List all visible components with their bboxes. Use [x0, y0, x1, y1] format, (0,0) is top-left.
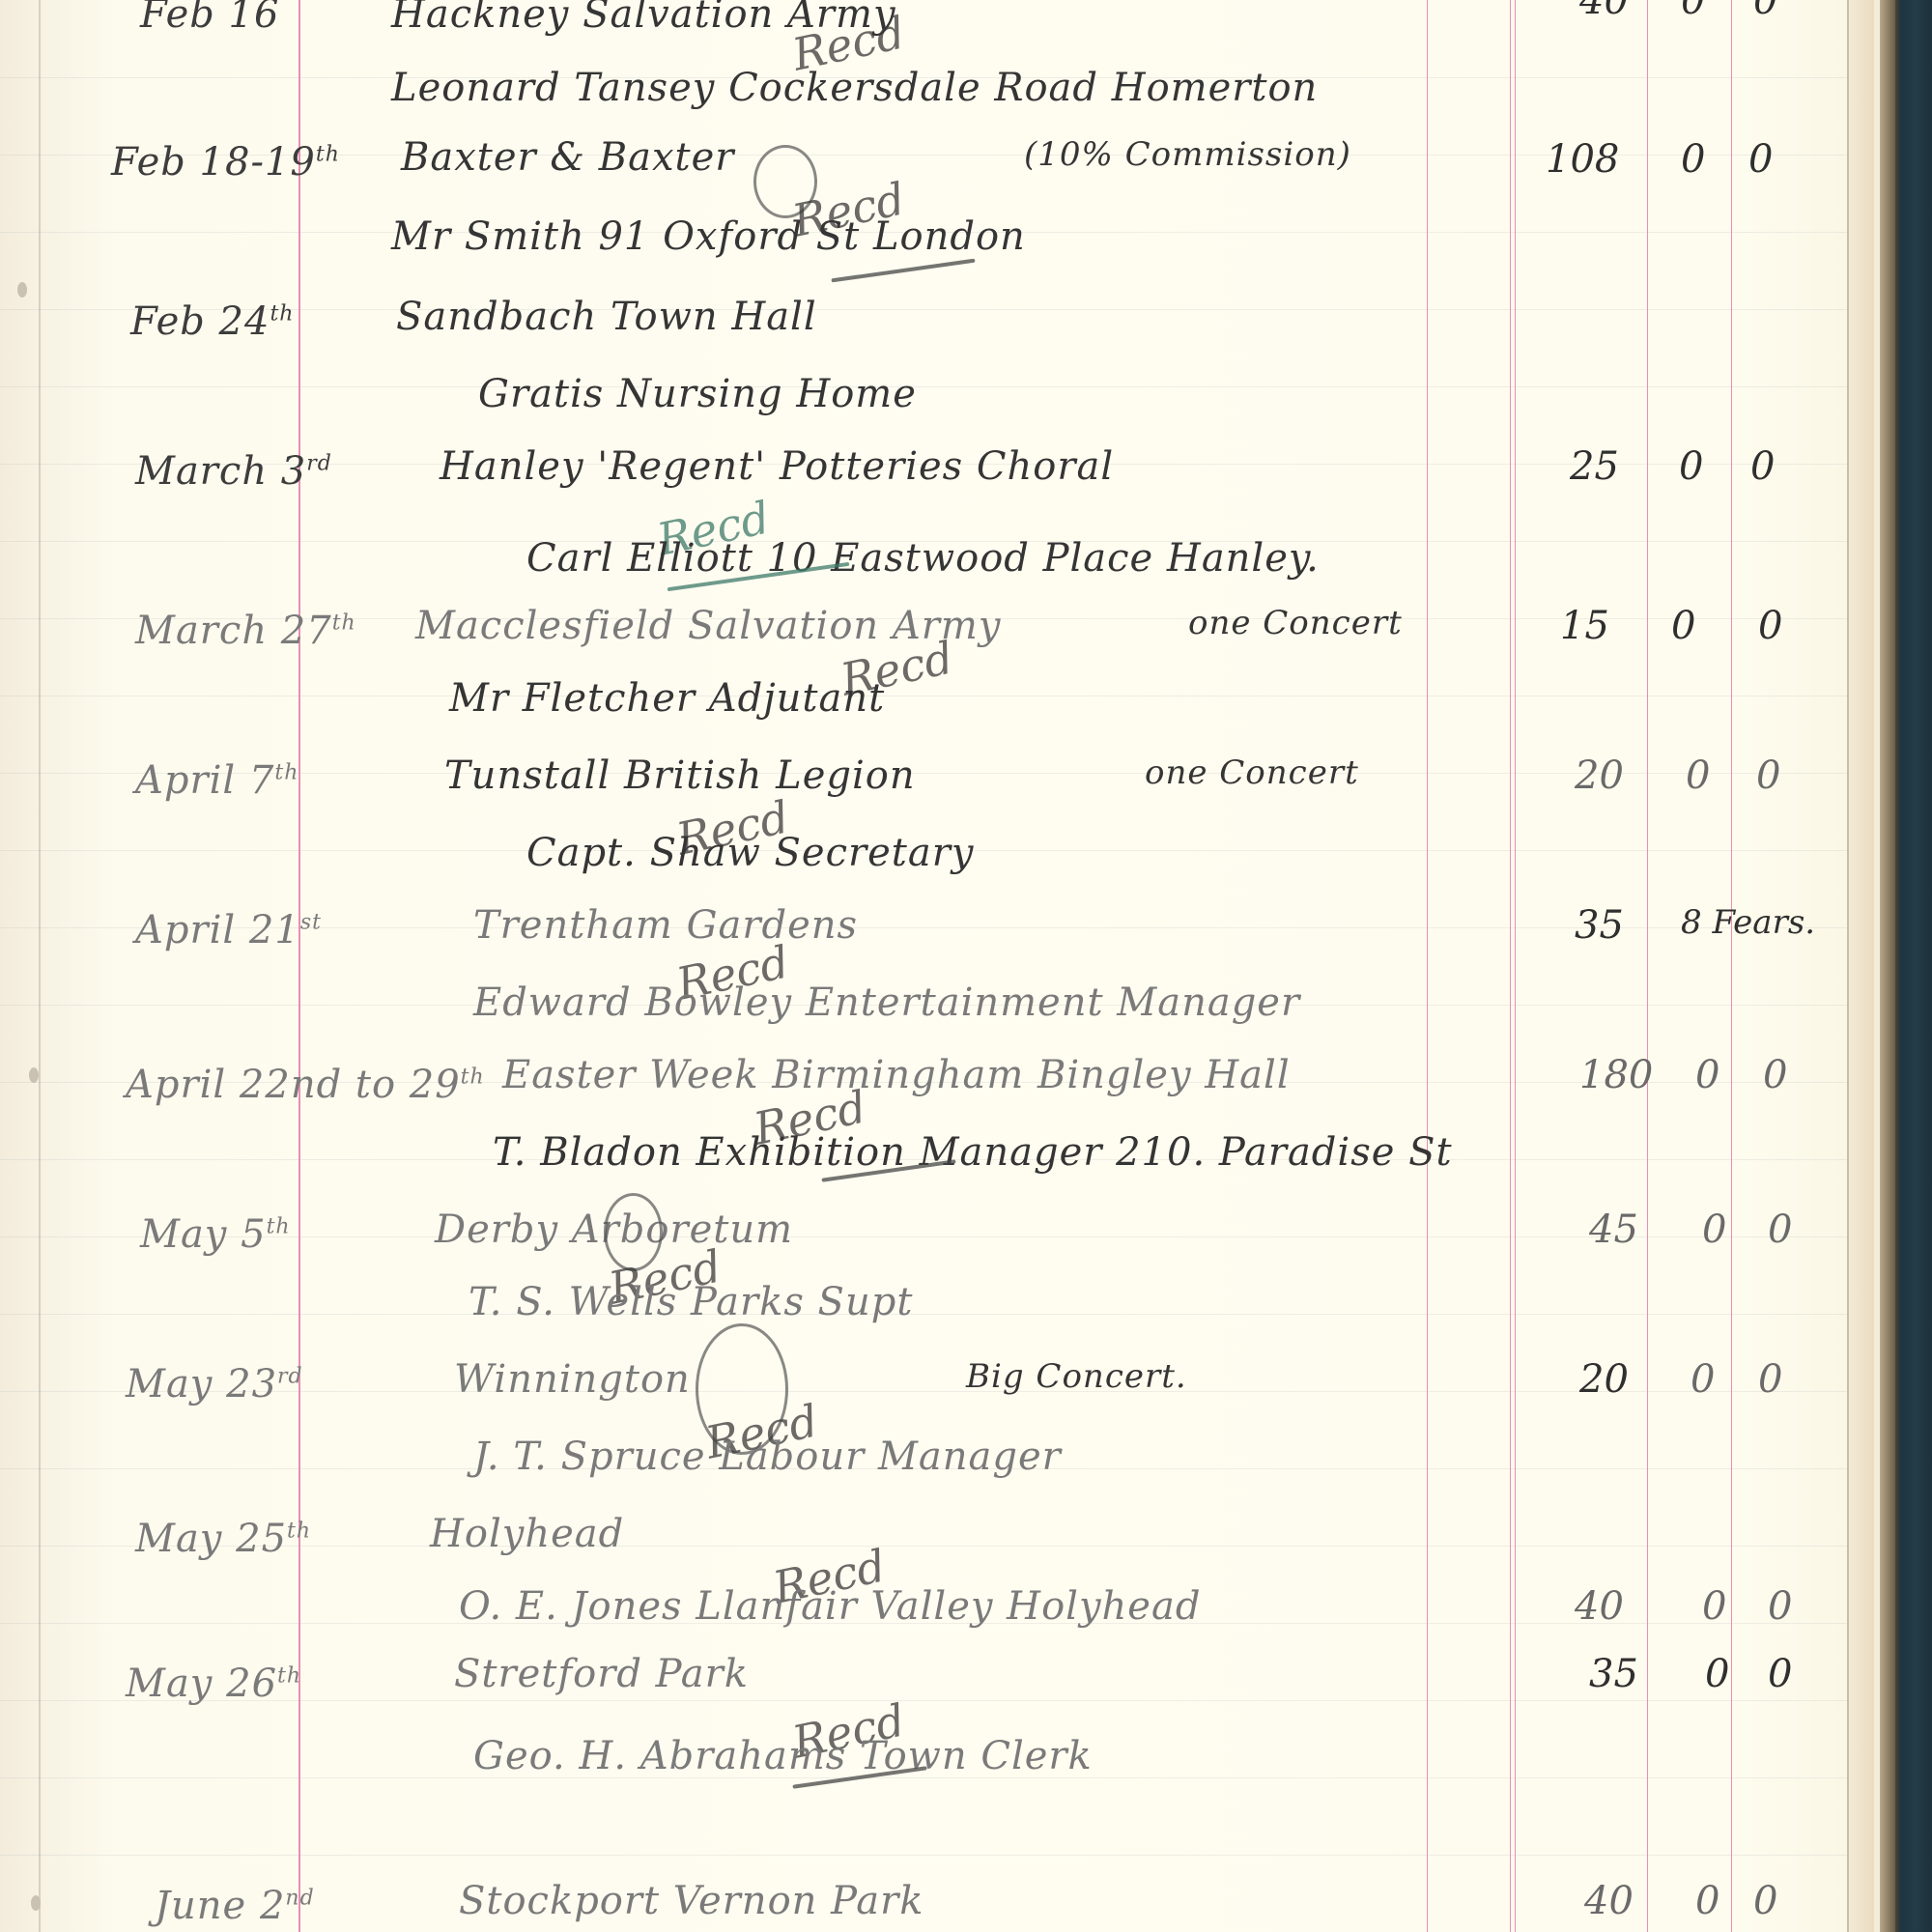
amount-pence: 0	[1748, 137, 1773, 182]
amount-pence: 0	[1768, 1584, 1792, 1629]
amount-shillings: 8 Fears.	[1681, 903, 1815, 942]
entry-contact: Leonard Tansey Cockersdale Road Homerton	[391, 66, 1318, 110]
amount-shillings: 0	[1679, 444, 1703, 489]
entry-contact: Geo. H. Abrahams Town Clerk	[473, 1734, 1093, 1778]
entry-venue-note: (10% Commission)	[1024, 135, 1351, 174]
amount-pounds: 40	[1575, 1584, 1624, 1629]
amount-shillings: 0	[1702, 1207, 1726, 1252]
amount-shillings: 0	[1702, 1584, 1726, 1629]
entry-venue: Stretford Park	[454, 1652, 749, 1696]
entry-venue: Trentham Gardens	[473, 903, 858, 948]
entry-contact: T. S. Wells Parks Supt	[469, 1280, 913, 1324]
amount-pence: 0	[1758, 1357, 1782, 1402]
entry-venue: Tunstall British Legion	[444, 753, 916, 798]
amount-pence: 0	[1768, 1652, 1792, 1696]
entry-contact: T. Bladon Exhibition Manager 210. Paradi…	[493, 1130, 1453, 1175]
pounds-column-rule-a	[1510, 0, 1511, 1932]
amount-shillings: 0	[1695, 1053, 1719, 1097]
amount-shillings: 0	[1690, 1357, 1715, 1402]
entry-venue: Hanley 'Regent' Potteries Choral	[440, 444, 1114, 489]
binding-hole	[17, 282, 27, 298]
amount-pence: 0	[1758, 604, 1782, 648]
amount-shillings: 0	[1686, 753, 1710, 798]
amount-shillings: 0	[1695, 1879, 1719, 1923]
entry-date: June 2nd	[155, 1884, 315, 1928]
entry-date: May 5th	[140, 1212, 291, 1257]
entry-venue-note: Big Concert.	[966, 1357, 1187, 1396]
entry-date: Feb 16	[140, 0, 279, 37]
pounds-column-rule-b	[1515, 0, 1516, 1932]
amount-pounds: 20	[1575, 753, 1624, 798]
entry-date: May 23rd	[126, 1362, 303, 1406]
amount-pence: 0	[1768, 1207, 1792, 1252]
amount-shillings: 0	[1705, 1652, 1729, 1696]
shillings-column-rule	[1647, 0, 1648, 1932]
ruled-line	[0, 1314, 1847, 1315]
entry-contact: Mr Fletcher Adjutant	[449, 676, 885, 721]
amount-pence: 0	[1756, 753, 1780, 798]
ruled-line	[0, 696, 1847, 696]
amount-pounds: 180	[1579, 1053, 1653, 1097]
amount-pounds: 40	[1579, 0, 1629, 23]
entry-date: April 21st	[135, 908, 322, 952]
amount-pounds: 45	[1589, 1207, 1638, 1252]
amount-pence: 0	[1753, 0, 1777, 23]
pence-column-rule	[1731, 0, 1732, 1932]
amount-pence: 0	[1763, 1053, 1787, 1097]
book-cover	[1895, 0, 1932, 1932]
entry-contact: Edward Bowley Entertainment Manager	[473, 980, 1300, 1025]
entry-venue: Winnington	[454, 1357, 691, 1402]
amount-pounds: 20	[1579, 1357, 1629, 1402]
description-column-rule	[1427, 0, 1428, 1932]
entry-venue: Sandbach Town Hall	[396, 295, 817, 339]
entry-venue: Easter Week Birmingham Bingley Hall	[502, 1053, 1291, 1097]
entry-venue: Stockport Vernon Park	[459, 1879, 923, 1923]
amount-pounds: 108	[1546, 137, 1619, 182]
amount-pounds: 15	[1560, 604, 1609, 648]
entry-contact: Carl Elliott 10 Eastwood Place Hanley.	[526, 536, 1320, 581]
amount-pounds: 25	[1570, 444, 1619, 489]
amount-pence: 0	[1753, 1879, 1777, 1923]
amount-pounds: 35	[1589, 1652, 1638, 1696]
entry-date: May 26th	[126, 1662, 301, 1706]
ledger-page: Feb 16 Hackney Salvation Army Recd Leona…	[0, 0, 1847, 1932]
entry-date: March 3rd	[135, 449, 332, 494]
amount-pence: 0	[1750, 444, 1775, 489]
entry-date: Feb 24th	[130, 299, 294, 344]
amount-pounds: 40	[1584, 1879, 1634, 1923]
amount-shillings: 0	[1681, 137, 1705, 182]
binding-hole	[29, 1067, 39, 1083]
amount-shillings: 0	[1681, 0, 1705, 23]
ink-underline	[831, 259, 975, 283]
entry-venue-note: one Concert	[1145, 753, 1359, 792]
page-stack	[1880, 0, 1895, 1932]
entry-venue: Holyhead	[430, 1512, 624, 1556]
entry-date: Feb 18-19th	[111, 140, 340, 185]
page-stack	[1849, 0, 1874, 1932]
entry-venue-note: one Concert	[1188, 604, 1403, 642]
entry-date: April 22nd to 29th	[126, 1063, 485, 1107]
ruled-line	[0, 1855, 1847, 1856]
ruled-line	[0, 386, 1847, 387]
entry-date: May 25th	[135, 1517, 311, 1561]
entry-contact: Gratis Nursing Home	[478, 372, 917, 416]
entry-date: April 7th	[135, 758, 298, 803]
date-margin-rule	[298, 0, 300, 1932]
entry-contact: J. T. Spruce Labour Manager	[473, 1435, 1062, 1479]
amount-shillings: 0	[1671, 604, 1695, 648]
entry-date: March 27th	[135, 609, 356, 653]
entry-contact: Capt. Shaw Secretary	[526, 831, 974, 875]
entry-contact: Mr Smith 91 Oxford St London	[391, 214, 1026, 259]
entry-venue: Baxter & Baxter	[401, 135, 734, 180]
entry-contact: O. E. Jones Llanfair Valley Holyhead	[459, 1584, 1201, 1629]
binding-hole	[31, 1895, 41, 1911]
page-fold-line	[39, 0, 41, 1932]
amount-pounds: 35	[1575, 903, 1624, 948]
